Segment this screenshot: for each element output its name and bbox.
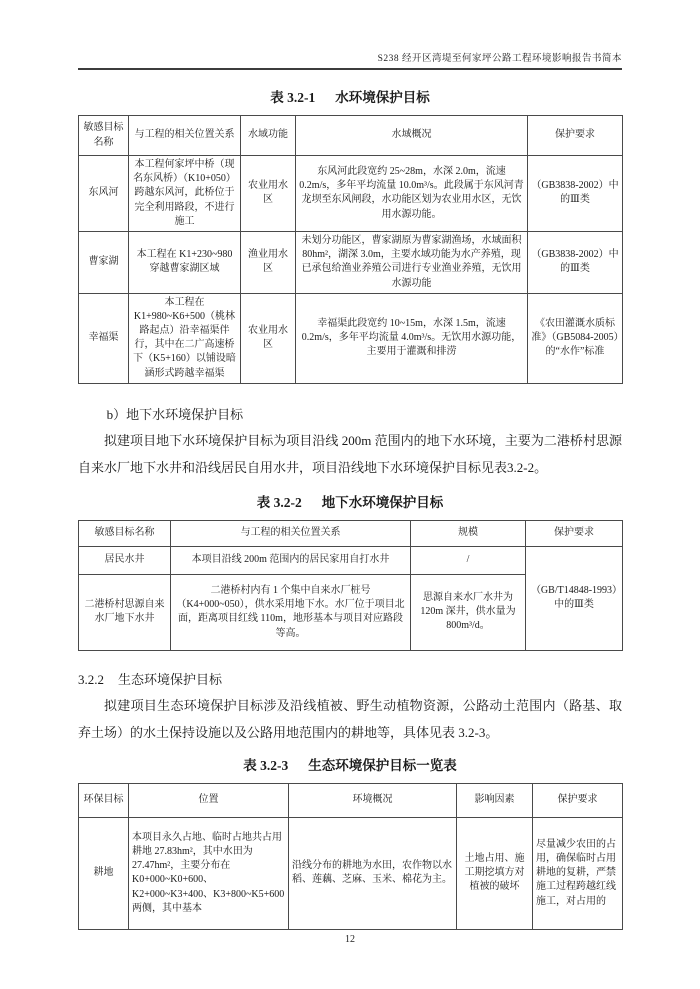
column-header: 与工程的相关位置关系 bbox=[171, 520, 411, 546]
table1-title-text: 水环境保护目标 bbox=[335, 90, 430, 105]
table-row: 居民水井 本项目沿线 200m 范围内的居民家用自打水井 / （GB/T1484… bbox=[79, 546, 623, 574]
column-header: 规模 bbox=[411, 520, 526, 546]
table2-title: 表 3.2-2地下水环境保护目标 bbox=[78, 491, 622, 511]
section-number: 3.2.2 bbox=[78, 672, 104, 687]
table-header-row: 敏感目标名称 与工程的相关位置关系 规模 保护要求 bbox=[79, 520, 623, 546]
column-header: 水域功能 bbox=[241, 116, 296, 156]
subsection-heading-groundwater: b）地下水环境保护目标 bbox=[78, 404, 622, 423]
section-heading-ecology: 3.2.2生态环境保护目标 bbox=[78, 669, 622, 688]
ecology-protection-table: 环保目标 位置 环境概况 影响因素 保护要求 耕地 本项目永久占地、临时占地共占… bbox=[78, 783, 623, 930]
column-header: 保护要求 bbox=[526, 520, 623, 546]
paragraph-ecology: 拟建项目生态环境保护目标涉及沿线植被、野生动植物资源，公路动土范围内（路基、取弃… bbox=[78, 692, 622, 746]
location-cell: 本项目永久占地、临时占地共占用耕地 27.83hm²，其中水田为 27.47hm… bbox=[129, 817, 289, 929]
relation-cell: 本工程在 K1+230~980 穿越曹家湖区域 bbox=[129, 231, 241, 293]
table-header-row: 敏感目标名称 与工程的相关位置关系 水域功能 水域概况 保护要求 bbox=[79, 116, 623, 156]
requirement-cell: 尽量减少农田的占用，确保临时占用耕地的复耕，严禁施工过程跨越红线施工，对占用的 bbox=[533, 817, 623, 929]
page-number: 12 bbox=[0, 934, 700, 945]
column-header: 保护要求 bbox=[533, 783, 623, 817]
groundwater-protection-table: 敏感目标名称 与工程的相关位置关系 规模 保护要求 居民水井 本项目沿线 200… bbox=[78, 520, 623, 651]
column-header: 与工程的相关位置关系 bbox=[129, 116, 241, 156]
column-header: 位置 bbox=[129, 783, 289, 817]
function-cell: 农业用水区 bbox=[241, 293, 296, 383]
table2-title-text: 地下水环境保护目标 bbox=[322, 495, 444, 510]
column-header: 保护要求 bbox=[528, 116, 623, 156]
target-name: 居民水井 bbox=[79, 546, 171, 574]
requirement-cell: （GB3838-2002）中的Ⅲ类 bbox=[528, 231, 623, 293]
overview-cell: 东风河此段宽约 25~28m，水深 2.0m，流速 0.2m/s，多年平均流量 … bbox=[296, 156, 528, 232]
table1-title-label: 表 3.2-1 bbox=[270, 90, 315, 105]
overview-cell: 幸福渠此段宽约 10~15m，水深 1.5m，流速 0.2m/s，多年平均流量 … bbox=[296, 293, 528, 383]
table-header-row: 环保目标 位置 环境概况 影响因素 保护要求 bbox=[79, 783, 623, 817]
column-header: 环保目标 bbox=[79, 783, 129, 817]
requirement-cell: （GB/T14848-1993）中的Ⅲ类 bbox=[526, 546, 623, 650]
table3-title-label: 表 3.2-3 bbox=[243, 758, 288, 773]
table-row: 东风河 本工程何家坪中桥（现名东风桥）（K10+050）跨越东风河，此桥位于完全… bbox=[79, 156, 623, 232]
relation-cell: 本工程何家坪中桥（现名东风桥）（K10+050）跨越东风河，此桥位于完全利用路段… bbox=[129, 156, 241, 232]
target-name: 曹家湖 bbox=[79, 231, 129, 293]
water-env-protection-table: 敏感目标名称 与工程的相关位置关系 水域功能 水域概况 保护要求 东风河 本工程… bbox=[78, 115, 623, 384]
overview-cell: 未划分功能区，曹家湖原为曹家湖渔场，水域面积 80hm²，湖深 3.0m，主要水… bbox=[296, 231, 528, 293]
scale-cell: 思源自来水厂水井为 120m 深井，供水量为 800m³/d。 bbox=[411, 574, 526, 650]
page-header: S238 经开区湾堤至何家坪公路工程环境影响报告书简本 bbox=[78, 50, 622, 70]
table1-title: 表 3.2-1水环境保护目标 bbox=[78, 86, 622, 106]
paragraph-groundwater: 拟建项目地下水环境保护目标为项目沿线 200m 范围内的地下水环境，主要为二港桥… bbox=[78, 427, 622, 481]
target-name: 二港桥村思源自来水厂地下水井 bbox=[79, 574, 171, 650]
table3-title-text: 生态环境保护目标一览表 bbox=[308, 758, 457, 773]
function-cell: 农业用水区 bbox=[241, 156, 296, 232]
relation-cell: 本工程在 K1+980~K6+500（桃林路起点）沿幸福渠伴行，其中在二广高速桥… bbox=[129, 293, 241, 383]
table-row: 耕地 本项目永久占地、临时占地共占用耕地 27.83hm²，其中水田为 27.4… bbox=[79, 817, 623, 929]
column-header: 水域概况 bbox=[296, 116, 528, 156]
table3-title: 表 3.2-3生态环境保护目标一览表 bbox=[78, 754, 622, 774]
target-name: 东风河 bbox=[79, 156, 129, 232]
requirement-cell: 《农田灌溉水质标准》（GB5084-2005）的“水作”标准 bbox=[528, 293, 623, 383]
function-cell: 渔业用水区 bbox=[241, 231, 296, 293]
factors-cell: 土地占用、施工期挖填方对植被的破坏 bbox=[457, 817, 533, 929]
section-title: 生态环境保护目标 bbox=[118, 672, 222, 687]
column-header: 环境概况 bbox=[289, 783, 457, 817]
overview-cell: 沿线分布的耕地为水田，农作物以水稻、莲藕、芝麻、玉米、棉花为主。 bbox=[289, 817, 457, 929]
column-header: 影响因素 bbox=[457, 783, 533, 817]
target-name: 幸福渠 bbox=[79, 293, 129, 383]
header-title: S238 经开区湾堤至何家坪公路工程环境影响报告书简本 bbox=[378, 54, 622, 64]
table-row: 幸福渠 本工程在 K1+980~K6+500（桃林路起点）沿幸福渠伴行，其中在二… bbox=[79, 293, 623, 383]
requirement-cell: （GB3838-2002）中的Ⅲ类 bbox=[528, 156, 623, 232]
table-row: 曹家湖 本工程在 K1+230~980 穿越曹家湖区域 渔业用水区 未划分功能区… bbox=[79, 231, 623, 293]
column-header: 敏感目标名称 bbox=[79, 520, 171, 546]
relation-cell: 二港桥村内有 1 个集中自来水厂桩号（K4+000~050），供水采用地下水。水… bbox=[171, 574, 411, 650]
column-header: 敏感目标名称 bbox=[79, 116, 129, 156]
relation-cell: 本项目沿线 200m 范围内的居民家用自打水井 bbox=[171, 546, 411, 574]
document-page: S238 经开区湾堤至何家坪公路工程环境影响报告书简本 表 3.2-1水环境保护… bbox=[0, 0, 700, 989]
target-name: 耕地 bbox=[79, 817, 129, 929]
table2-title-label: 表 3.2-2 bbox=[257, 495, 302, 510]
scale-cell: / bbox=[411, 546, 526, 574]
